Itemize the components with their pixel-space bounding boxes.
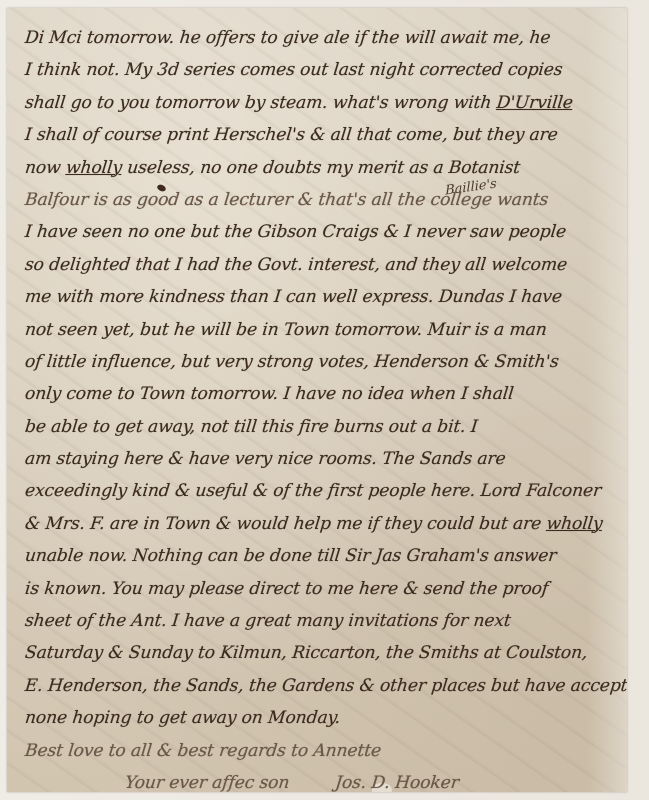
letter-line-22: none hoping to get away on Monday. (23, 702, 622, 734)
letter-line-16: & Mrs. F. are in Town & would help me if… (23, 508, 622, 540)
letter-line-14: am staying here & have very nice rooms. … (23, 443, 622, 475)
closing-line: Best love to all & best regards to Annet… (23, 735, 622, 767)
letter-line-3: shall go to you tomorrow by steam. what'… (23, 87, 622, 119)
letter-line-13: be able to get away, not till this fire … (23, 411, 622, 443)
letter-line-12: only come to Town tomorrow. I have no id… (23, 378, 622, 410)
signature: Jos. D. Hooker (334, 773, 460, 792)
underlined-word: D'Urville (496, 93, 574, 113)
letter-line-1: Di Mci tomorrow. he offers to give ale i… (23, 22, 622, 54)
letter-line-4: I shall of course print Herschel's & all… (23, 119, 622, 151)
letter-body: Di Mci tomorrow. he offers to give ale i… (25, 22, 621, 792)
letter-line-10: not seen yet, but he will be in Town tom… (23, 314, 622, 346)
valediction: Your ever affec son (124, 773, 290, 792)
underlined-word: wholly (546, 514, 604, 534)
letter-line-9: me with more kindness than I can well ex… (23, 281, 622, 313)
valediction-and-signature: Your ever affec sonJos. D. Hooker (23, 767, 622, 792)
letter-line-6: Balfour is as good as a lecturer & that'… (23, 184, 622, 216)
letter-line-11: of little influence, but very strong vot… (23, 346, 622, 378)
letter-line-20: Saturday & Sunday to Kilmun, Riccarton, … (23, 637, 622, 669)
letter-line-21: E. Henderson, the Sands, the Gardens & o… (23, 670, 622, 702)
letter-page: Baillie's Di Mci tomorrow. he offers to … (7, 8, 627, 792)
letter-line-8: so delighted that I had the Govt. intere… (23, 249, 622, 281)
letter-line-17: unable now. Nothing can be done till Sir… (23, 540, 622, 572)
letter-line-2: I think not. My 3d series comes out last… (23, 54, 622, 86)
letter-line-7: I have seen no one but the Gibson Craigs… (23, 216, 622, 248)
letter-line-18: is known. You may please direct to me he… (23, 573, 622, 605)
letter-line-15: exceedingly kind & useful & of the first… (23, 475, 622, 507)
letter-line-19: sheet of the Ant. I have a great many in… (23, 605, 622, 637)
letter-line-5: now wholly useless, no one doubts my mer… (23, 152, 622, 184)
underlined-word: wholly (65, 158, 123, 178)
